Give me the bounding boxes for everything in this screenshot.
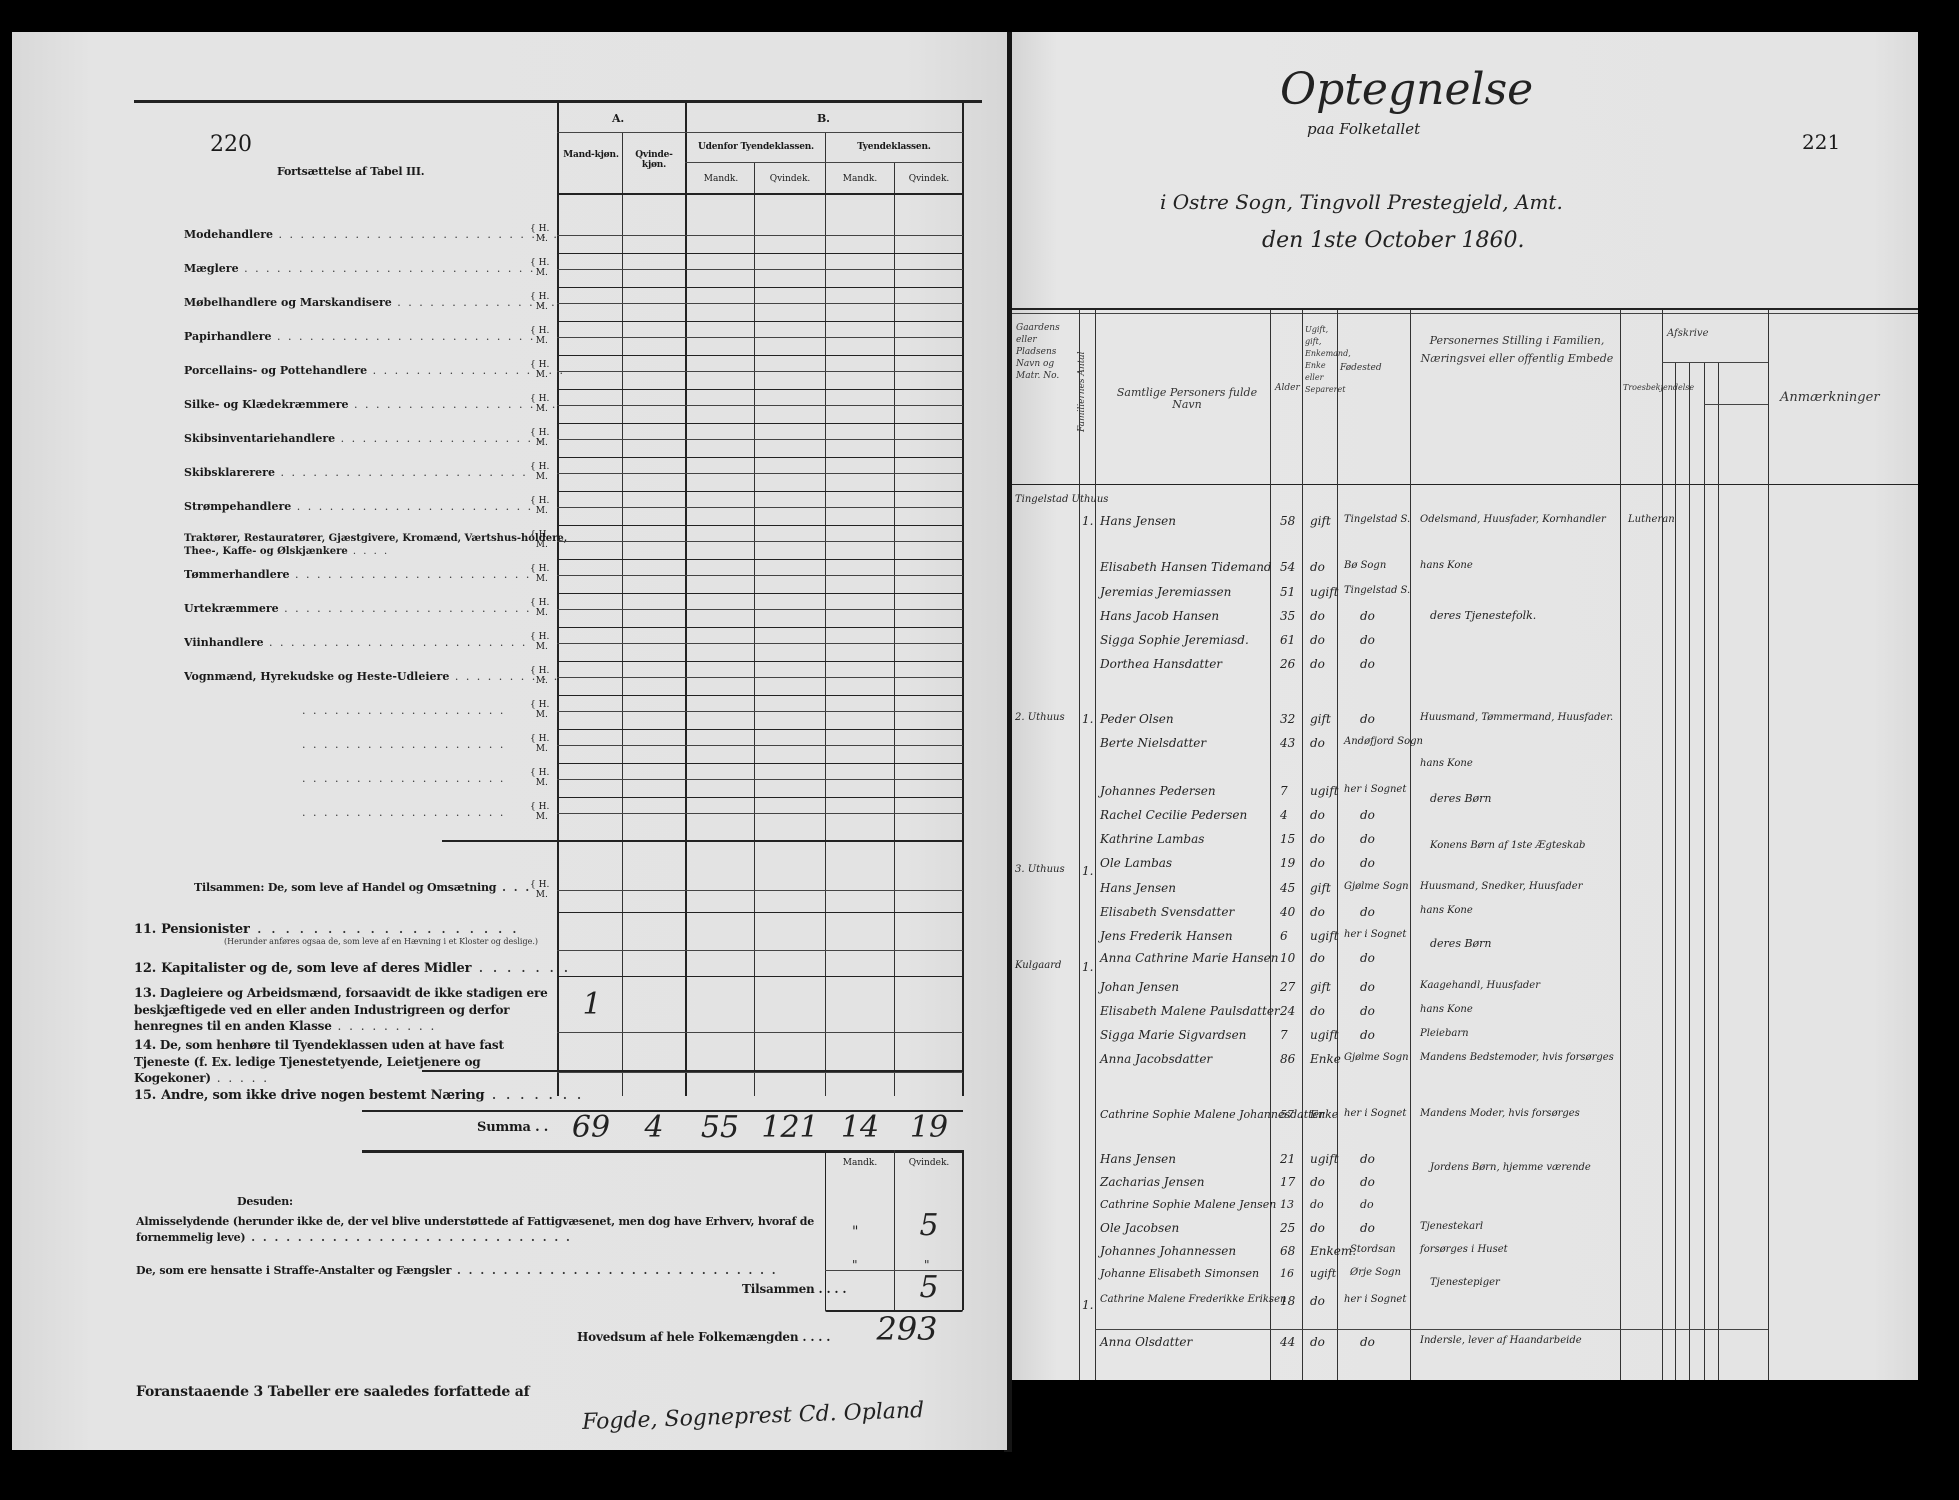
category-row: Skibsinventariehandlere . . . . . . . . … bbox=[184, 432, 574, 445]
almisse-row: Almisselydende (herunder ikke de, der ve… bbox=[136, 1214, 826, 1246]
col-tyende-mandk: Mandk. bbox=[827, 174, 893, 184]
col-tyende-qvindek: Qvindek. bbox=[896, 174, 962, 184]
table-row: Berte Nielsdatter43doAndøfjord Sognhans … bbox=[1100, 736, 1206, 750]
table-row: Ole Lambas19dodo bbox=[1100, 856, 1172, 870]
col-qvindekjon: Qvinde-kjøn. bbox=[624, 150, 684, 170]
date-line: den 1ste October 1860. bbox=[1262, 228, 1524, 253]
table-row: Peder Olsen32giftdoHuusmand, Tømmermand,… bbox=[1100, 712, 1174, 726]
table-row: Jeremias Jeremiassen51ugiftTingelstad S. bbox=[1100, 585, 1231, 599]
footer-text: Foranstaaende 3 Tabeller ere saaledes fo… bbox=[136, 1384, 529, 1400]
tilsammen-handel-row: Tilsammen: De, som leve af Handel og Oms… bbox=[194, 881, 531, 894]
table-row: Hans Jensen45giftGjølme SognHuusmand, Sn… bbox=[1100, 881, 1176, 895]
table-row: Ole Jacobsen25dodoTjenestekarl bbox=[1100, 1221, 1179, 1235]
table-row: Kathrine Lambas15dodoKonens Børn af 1ste… bbox=[1100, 832, 1204, 846]
row-13-mandkjon-value: 1 bbox=[567, 987, 617, 1022]
col-header-troes: Troesbekjendelse bbox=[1623, 382, 1661, 394]
desuden-tilsammen-label: Tilsammen . . . . bbox=[742, 1282, 846, 1296]
family-number: 1. bbox=[1082, 864, 1093, 878]
col-header-stilling: Personernes Stilling i Familien, Nærings… bbox=[1417, 332, 1617, 368]
place-cell: Kulgaard bbox=[1015, 960, 1061, 971]
col-header-fodested: Fødested bbox=[1340, 362, 1408, 374]
row-15: 15. Andre, som ikke drive nogen bestemt … bbox=[134, 1084, 554, 1103]
table-row: Hans Jensen58giftTingelstad S.Odelsmand,… bbox=[1100, 514, 1176, 528]
table-row: Jens Frederik Hansen6ugifther i Sognetde… bbox=[1100, 929, 1233, 943]
category-row-blank: . . . . . . . . . . . . . . . . . . . bbox=[302, 772, 532, 785]
category-row-blank: . . . . . . . . . . . . . . . . . . . bbox=[302, 806, 532, 819]
table-row: Hans Jacob Hansen35dododeres Tjenestefol… bbox=[1100, 609, 1219, 623]
category-row: Viinhandlere . . . . . . . . . . . . . .… bbox=[184, 636, 574, 649]
category-row: Møbelhandlere og Marskandisere . . . . .… bbox=[184, 296, 574, 309]
family-number: 1. bbox=[1082, 960, 1093, 974]
place-cell: Tingelstad Uthuus bbox=[1015, 494, 1108, 505]
col-mandkjon: Mand-kjøn. bbox=[561, 150, 621, 160]
col-header-afskrive: Afskrive bbox=[1667, 328, 1767, 340]
desuden-tilsammen-qvindek: 5 bbox=[896, 1270, 962, 1305]
table-row: Elisabeth Svensdatter40dodohans Kone bbox=[1100, 905, 1234, 919]
group-b-header: B. bbox=[817, 112, 830, 125]
right-page: Optegnelse paa Folketallet 221 i Ostre S… bbox=[1012, 32, 1918, 1380]
table-row: Johannes Johannessen68Enkem.Stordsanfors… bbox=[1100, 1244, 1236, 1258]
table-row: Johan Jensen27giftdoKaagehandl, Huusfade… bbox=[1100, 980, 1179, 994]
place-cell: 3. Uthuus bbox=[1015, 864, 1065, 875]
table-row: Zacharias Jensen17dodo bbox=[1100, 1175, 1204, 1189]
page-subtitle-line: paa Folketallet bbox=[1307, 120, 1420, 138]
table-row: Elisabeth Malene Paulsdatter24dodohans K… bbox=[1100, 1004, 1280, 1018]
desuden-heading: Desuden: bbox=[237, 1195, 293, 1208]
straffe-mandk: " bbox=[852, 1258, 858, 1272]
table-row: Hans Jensen21ugiftdoJordens Børn, hjemme… bbox=[1100, 1152, 1176, 1166]
table-row: Anna Cathrine Marie Hansen10dodo bbox=[1100, 951, 1278, 965]
table-row: Sigga Sophie Jeremiasd.61dodo bbox=[1100, 633, 1249, 647]
page-number: 221 bbox=[1802, 130, 1840, 154]
col-header-gaard: Gaardens eller Pladsens Navn og Matr. No… bbox=[1016, 322, 1078, 382]
category-row: Modehandlere . . . . . . . . . . . . . .… bbox=[184, 228, 574, 241]
col-udenfor-tyende: Udenfor Tyendeklassen. bbox=[688, 142, 824, 152]
col-header-familier: Familiernes Antal bbox=[1076, 332, 1088, 432]
desuden-col-qvindek: Qvindek. bbox=[896, 1158, 962, 1168]
straffe-row: De, som ere hensatte i Straffe-Anstalter… bbox=[136, 1264, 778, 1277]
col-udenfor-mandk: Mandk. bbox=[688, 174, 754, 184]
signature: Fogde, Sogneprest Cd. Opland bbox=[582, 1398, 925, 1435]
table-row: Cathrine Sophie Malene Jensen13dodo bbox=[1100, 1198, 1276, 1211]
category-row: Papirhandlere . . . . . . . . . . . . . … bbox=[184, 330, 574, 343]
page-subtitle: Fortsættelse af Tabel III. bbox=[277, 165, 424, 178]
col-tyendeklassen: Tyendeklassen. bbox=[827, 142, 961, 152]
table-row: Cathrine Sophie Malene Johannesdatter57E… bbox=[1100, 1108, 1324, 1121]
table-row: Elisabeth Hansen Tidemand54doBø Sognhans… bbox=[1100, 560, 1272, 574]
table-row: Johanne Elisabeth Simonsen16ugiftØrje So… bbox=[1100, 1267, 1259, 1280]
group-a-header: A. bbox=[612, 112, 624, 125]
category-row-blank: . . . . . . . . . . . . . . . . . . . bbox=[302, 704, 532, 717]
page-number: 220 bbox=[210, 132, 252, 157]
almisse-qvindek: 5 bbox=[896, 1208, 962, 1243]
category-row: Strømpehandlere . . . . . . . . . . . . … bbox=[184, 500, 574, 513]
col-udenfor-qvindek: Qvindek. bbox=[756, 174, 824, 184]
summa-rule bbox=[362, 1150, 963, 1153]
hovedsum-value: 293 bbox=[857, 1310, 957, 1348]
table-row: Anna Olsdatter44dodoIndersle, lever af H… bbox=[1100, 1335, 1192, 1349]
left-page: 220 Fortsættelse af Tabel III. A. B. Man… bbox=[12, 32, 1007, 1450]
category-row: Traktører, Restauratører, Gjæstgivere, K… bbox=[184, 532, 574, 558]
table-row: Sigga Marie Sigvardsen7ugiftdoPleiebarn bbox=[1100, 1028, 1246, 1042]
category-row: Vognmænd, Hyrekudske og Heste-Udleiere .… bbox=[184, 670, 574, 683]
hovedsum-label: Hovedsum af hele Folkemængden . . . . bbox=[577, 1330, 830, 1344]
col-header-navn: Samtlige Personers fulde Navn bbox=[1112, 387, 1262, 411]
category-row-blank: . . . . . . . . . . . . . . . . . . . bbox=[302, 738, 532, 751]
table-row: Anna Jacobsdatter86EnkeGjølme SognManden… bbox=[1100, 1052, 1212, 1066]
row-14: 14. De, som henhøre til Tyendeklassen ud… bbox=[134, 1037, 549, 1086]
table-row: Johannes Pedersen7ugifther i Sognetderes… bbox=[1100, 784, 1216, 798]
table-row: Dorthea Hansdatter26dodo bbox=[1100, 657, 1222, 671]
category-row: Tømmerhandlere . . . . . . . . . . . . .… bbox=[184, 568, 574, 581]
family-number: 1. bbox=[1082, 1298, 1093, 1312]
place-cell: 2. Uthuus bbox=[1015, 712, 1065, 723]
category-row: Urtekræmmere . . . . . . . . . . . . . .… bbox=[184, 602, 574, 615]
almisse-mandk: " bbox=[852, 1224, 858, 1240]
category-row: Silke- og Klædekræmmere . . . . . . . . … bbox=[184, 398, 574, 411]
row-11: 11. Pensionister . . . . . . . . . . . .… bbox=[134, 918, 554, 946]
summa-label: Summa . . bbox=[477, 1120, 548, 1135]
family-number: 1. bbox=[1082, 514, 1093, 528]
row-13: 13. Dagleiere og Arbeidsmænd, forsaavidt… bbox=[134, 985, 549, 1034]
col-header-anmaerkninger: Anmærkninger bbox=[1780, 392, 1910, 404]
col-header-status: Ugift, gift, Enkemand, Enke eller Separe… bbox=[1305, 324, 1337, 396]
page-title: Optegnelse bbox=[1280, 64, 1533, 115]
location-line: i Ostre Sogn, Tingvoll Prestegjeld, Amt. bbox=[1160, 190, 1563, 214]
category-row: Mæglere . . . . . . . . . . . . . . . . … bbox=[184, 262, 574, 275]
family-number: 1. bbox=[1082, 712, 1093, 726]
table-row: Cathrine Malene Frederikke Eriksen18dohe… bbox=[1100, 1294, 1286, 1305]
row-12: 12. Kapitalister og de, som leve af dere… bbox=[134, 957, 554, 976]
category-row: Porcellains- og Pottehandlere . . . . . … bbox=[184, 364, 574, 377]
desuden-col-mandk: Mandk. bbox=[827, 1158, 893, 1168]
table-row: Rachel Cecilie Pedersen4dodo bbox=[1100, 808, 1247, 822]
col-header-alder: Alder bbox=[1275, 382, 1303, 394]
category-row: Skibsklarerere . . . . . . . . . . . . .… bbox=[184, 466, 574, 479]
